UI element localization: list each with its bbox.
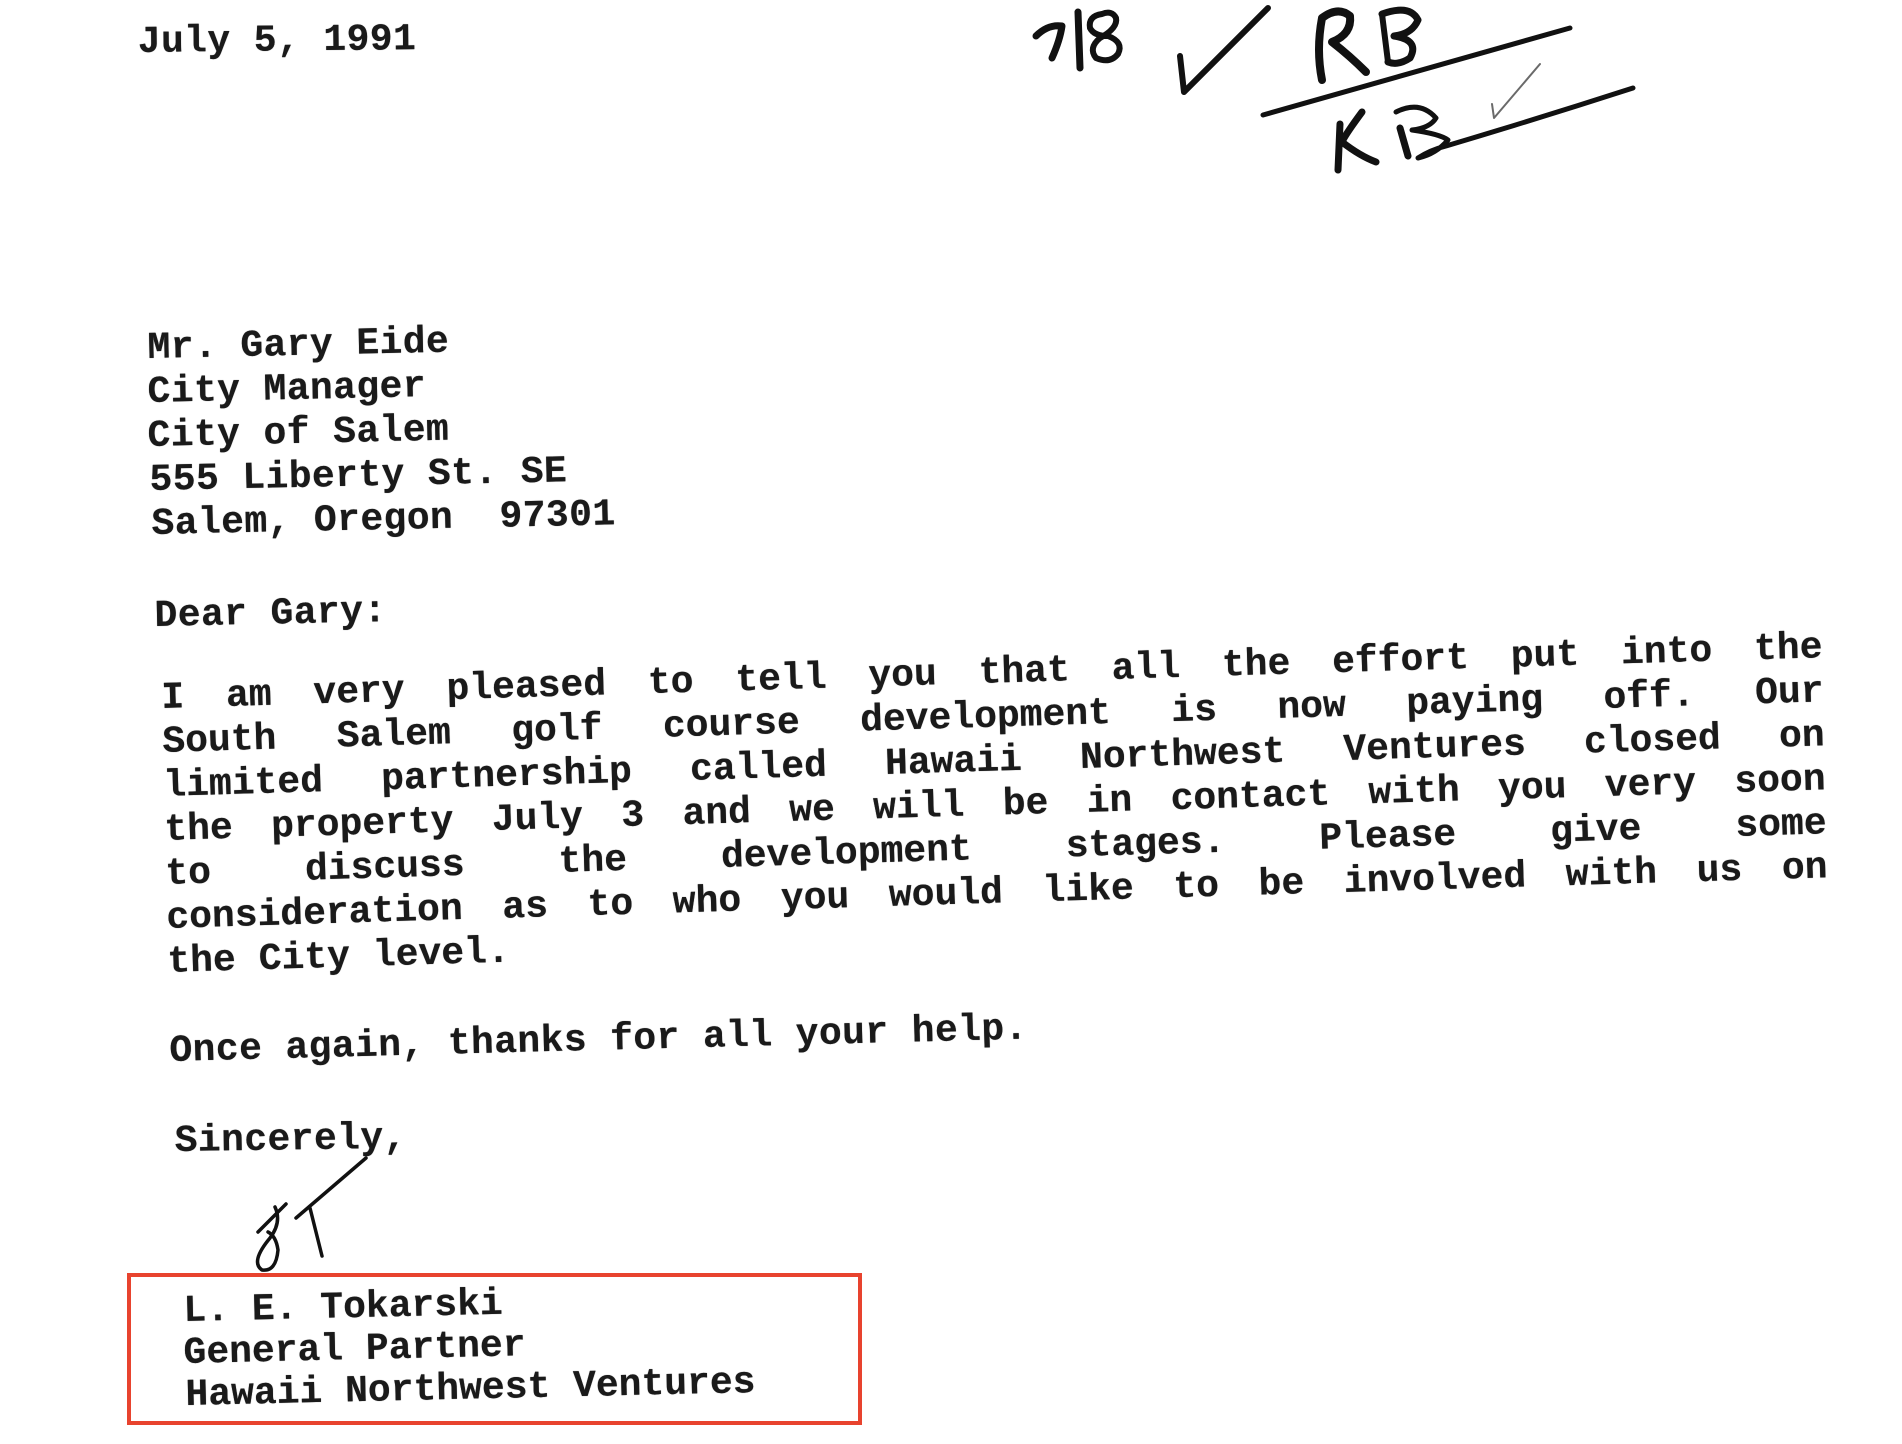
- signer-name: L. E. Tokarski: [183, 1286, 503, 1331]
- body-word: tell: [735, 660, 827, 701]
- body-word: closed: [1583, 720, 1721, 762]
- body-word: golf: [511, 711, 603, 752]
- handwritten-signature: [258, 1158, 367, 1270]
- signer-company: Hawaii Northwest Ventures: [185, 1364, 756, 1415]
- body-word: that: [978, 652, 1070, 693]
- body-word: to: [647, 664, 694, 703]
- body-word: with: [1368, 772, 1460, 813]
- body-word: like: [1042, 870, 1134, 911]
- sign-off: Sincerely,: [174, 1120, 407, 1161]
- body-word: who: [672, 882, 742, 922]
- body-word: to: [587, 886, 634, 925]
- body-word: paying: [1406, 682, 1544, 724]
- signer-title: General Partner: [183, 1327, 526, 1373]
- body-word: very: [313, 673, 405, 714]
- body-word: Salem: [336, 715, 451, 756]
- recipient-organization: City of Salem: [147, 412, 449, 456]
- body-word: the: [164, 810, 234, 850]
- letter-date: July 5, 1991: [138, 21, 417, 62]
- body-word: will: [873, 788, 965, 829]
- body-word: we: [789, 792, 836, 831]
- body-word: development: [720, 831, 972, 877]
- body-word: the: [1754, 629, 1824, 669]
- body-word: called: [690, 748, 828, 790]
- recipient-city-state-zip: Salem, Oregon 97301: [151, 496, 616, 544]
- closing-sentence: Once again, thanks for all your help.: [169, 1011, 1028, 1071]
- body-word: July: [491, 799, 583, 840]
- body-word: us: [1696, 852, 1743, 891]
- initials-divider-line: [1263, 28, 1570, 115]
- body-word: pleased: [446, 666, 607, 709]
- body-word: South: [162, 721, 277, 762]
- handwritten-date: [1036, 12, 1120, 68]
- signature-block-highlight: L. E. Tokarski General Partner Hawaii No…: [127, 1273, 862, 1425]
- body-word: soon: [1734, 761, 1826, 802]
- body-word: Please: [1319, 817, 1457, 859]
- body-word: as: [502, 888, 549, 927]
- body-word: you: [1498, 769, 1568, 809]
- body-word: you: [868, 656, 938, 696]
- body-word: level.: [372, 934, 510, 976]
- body-word: development: [860, 695, 1112, 741]
- body-word: the: [167, 942, 237, 982]
- body-word: with: [1565, 854, 1657, 895]
- recipient-name: Mr. Gary Eide: [147, 324, 449, 368]
- body-word: discuss: [304, 847, 465, 890]
- body-word: and: [682, 794, 752, 834]
- body-word: now: [1277, 688, 1347, 728]
- body-word: Our: [1755, 673, 1825, 713]
- body-word: on: [1778, 717, 1825, 756]
- body-word: to: [165, 855, 212, 894]
- body-word: into: [1621, 633, 1713, 674]
- body-word: the: [1221, 646, 1291, 686]
- body-word: to: [1173, 868, 1220, 907]
- body-word: stages.: [1065, 824, 1226, 867]
- body-word: the: [558, 842, 628, 882]
- recipient-street: 555 Liberty St. SE: [149, 453, 567, 500]
- body-word: limited: [163, 763, 324, 806]
- body-word: in: [1086, 782, 1133, 821]
- body-word: off.: [1603, 677, 1695, 718]
- body-word: 3: [621, 797, 645, 836]
- body-word: would: [888, 874, 1003, 915]
- body-word: some: [1735, 805, 1827, 846]
- recipient-title: City Manager: [147, 368, 426, 412]
- body-word: course: [662, 705, 800, 747]
- body-word: very: [1604, 765, 1696, 806]
- body-word: am: [225, 677, 272, 716]
- body-word: property: [271, 803, 455, 847]
- body-word: effort: [1332, 640, 1470, 682]
- small-check-icon: [1492, 64, 1540, 118]
- body-word: put: [1510, 637, 1580, 677]
- handwritten-initials-kb: [1338, 88, 1633, 170]
- body-word: you: [780, 879, 850, 919]
- body-word: consideration: [166, 891, 463, 938]
- body-word: be: [1002, 785, 1049, 824]
- body-word: I: [161, 679, 185, 718]
- body-word: is: [1171, 692, 1218, 731]
- body-word: be: [1258, 865, 1305, 904]
- body-word: Hawaii: [885, 742, 1023, 784]
- salutation: Dear Gary:: [154, 593, 387, 636]
- handwritten-initials-rb: [1319, 10, 1418, 80]
- body-word: contact: [1170, 776, 1331, 819]
- check-icon: [1180, 8, 1268, 92]
- body-word: Ventures: [1343, 726, 1527, 770]
- body-word: partnership: [381, 754, 633, 800]
- body-word: City: [258, 938, 350, 979]
- body-word: all: [1111, 649, 1181, 689]
- body-word: give: [1550, 811, 1642, 852]
- body-word: on: [1781, 849, 1828, 888]
- body-word: involved: [1343, 858, 1527, 902]
- body-word: Northwest: [1080, 734, 1286, 778]
